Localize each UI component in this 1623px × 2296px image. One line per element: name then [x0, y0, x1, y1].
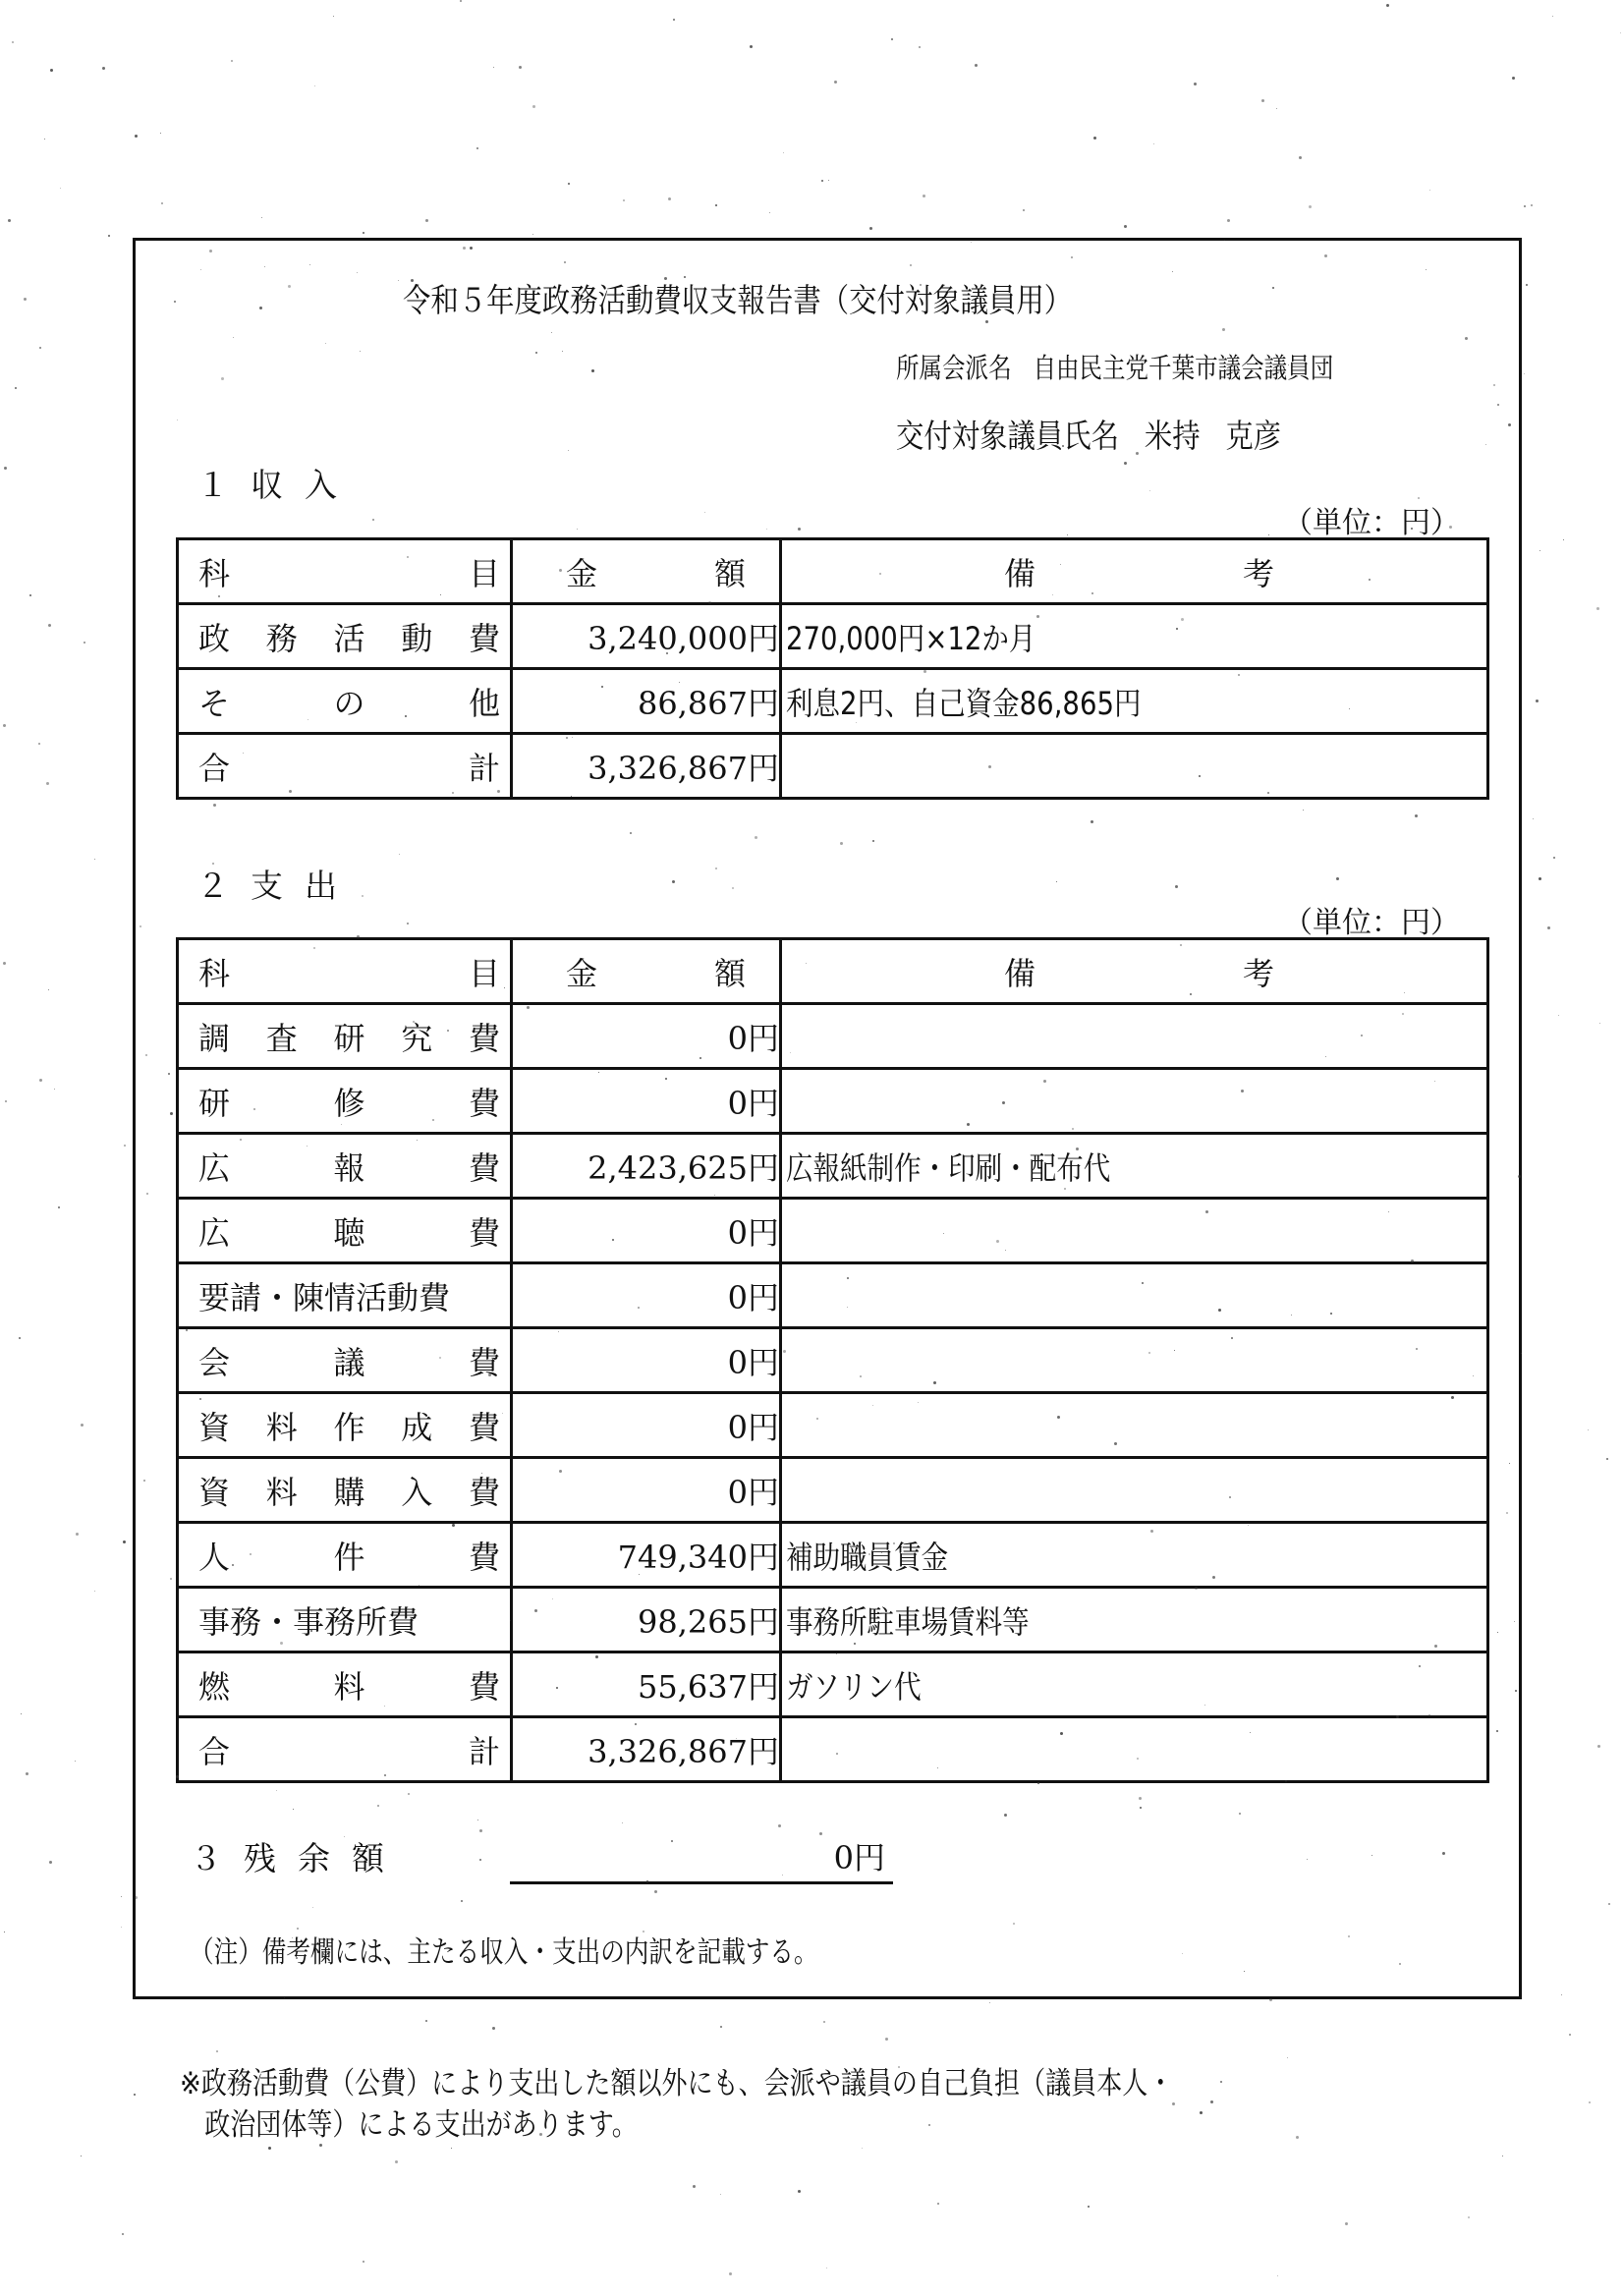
scan-noise	[1172, 271, 1173, 272]
category-char: 購	[333, 1468, 364, 1513]
scan-noise	[413, 1021, 415, 1023]
scan-noise	[479, 1859, 481, 1861]
scan-noise	[535, 352, 537, 354]
scan-noise	[1599, 1023, 1600, 1024]
scan-noise	[1468, 2216, 1470, 2218]
scan-noise	[790, 1052, 791, 1053]
header-char: 額	[714, 549, 746, 594]
scan-noise	[679, 682, 680, 683]
scan-noise	[823, 2021, 825, 2023]
header-amount: 金額	[512, 539, 781, 604]
scan-noise	[54, 1089, 55, 1090]
scan-noise	[1124, 225, 1127, 228]
category-char: 計	[469, 1727, 500, 1772]
scan-noise	[704, 512, 705, 513]
expenditure-row: 燃料費55,637円ガソリン代	[178, 1652, 1488, 1717]
scan-noise	[1276, 108, 1277, 109]
category-char: 件	[333, 1533, 364, 1578]
scan-noise	[209, 250, 212, 252]
scan-noise	[1309, 205, 1312, 208]
header-char: 金	[566, 949, 597, 994]
header-char: 科	[198, 949, 230, 994]
remarks-cell	[781, 1328, 1488, 1393]
scan-noise	[1497, 404, 1499, 406]
scan-noise	[1404, 992, 1405, 993]
currency-suffix: 円	[748, 685, 779, 722]
scan-noise	[1244, 1971, 1245, 1972]
remarks-cell	[781, 1263, 1488, 1328]
scan-noise	[943, 1233, 944, 1234]
header-amount-text: 金額	[519, 549, 773, 594]
category-label: 資料購入費	[185, 1468, 504, 1513]
scan-noise	[313, 947, 315, 949]
remarks-cell: 利息2円、自己資金86,865円	[781, 669, 1488, 734]
faction-label: 所属会派名	[896, 352, 1012, 384]
scan-noise	[918, 1402, 919, 1403]
scan-noise	[1569, 2034, 1571, 2036]
scan-noise	[440, 594, 441, 595]
category-char: 報	[333, 1144, 364, 1189]
scan-noise	[1553, 857, 1555, 859]
scan-noise	[1325, 1056, 1326, 1057]
amount-value: 0	[728, 1279, 748, 1316]
scan-noise	[643, 1931, 644, 1932]
scan-noise	[558, 1331, 559, 1332]
remarks-cell: 事務所駐車場賃料等	[781, 1588, 1488, 1652]
scan-noise	[21, 1713, 22, 1714]
income-heading: １収入	[196, 460, 359, 506]
scan-noise	[143, 1480, 145, 1482]
scan-noise	[1093, 137, 1096, 140]
scan-noise	[1224, 240, 1225, 241]
scan-noise	[1013, 1923, 1015, 1925]
category-label: 要請・陳情活動費	[185, 1273, 504, 1318]
scan-noise	[405, 715, 407, 717]
scan-noise	[1426, 269, 1427, 270]
scan-noise	[108, 235, 110, 237]
scan-noise	[1416, 1348, 1418, 1350]
member-label: 交付対象議員氏名	[896, 417, 1119, 455]
scan-noise	[1076, 1148, 1079, 1150]
amount-value: 3,240,000	[588, 620, 748, 657]
scan-noise	[333, 16, 334, 17]
scan-noise	[186, 1329, 188, 1331]
remarks-text: 補助職員賃金	[786, 1533, 948, 1578]
scan-noise	[840, 842, 843, 845]
scan-noise	[452, 792, 454, 794]
scan-noise	[1521, 1353, 1522, 1354]
category-char: 費	[469, 1662, 500, 1708]
scan-noise	[1449, 526, 1452, 529]
scan-noise	[1261, 99, 1264, 102]
scan-noise	[1434, 1645, 1437, 1648]
scan-noise	[1303, 810, 1304, 811]
balance-amount: 0円	[510, 1833, 893, 1884]
expenditure-row: 要請・陳情活動費0円	[178, 1263, 1488, 1328]
category-char: 研	[333, 1014, 364, 1059]
scan-noise	[856, 722, 857, 723]
scan-noise	[75, 1761, 76, 1762]
scan-noise	[1124, 462, 1127, 465]
scan-noise	[1227, 219, 1230, 222]
scan-noise	[996, 1240, 999, 1243]
scan-noise	[161, 202, 163, 204]
balance-heading-label: 残余額	[244, 1839, 406, 1877]
scan-noise	[470, 247, 473, 250]
scan-noise	[1060, 1732, 1063, 1735]
scan-noise	[407, 556, 409, 558]
scan-noise	[12, 41, 14, 43]
scan-noise	[176, 1775, 179, 1778]
scan-noise	[532, 234, 533, 235]
header-char: 目	[469, 549, 500, 594]
scan-noise	[1524, 373, 1525, 374]
scan-noise	[1296, 2136, 1299, 2139]
expenditure-heading: ２支出	[196, 861, 359, 907]
report-title: 令和５年度政務活動費収支報告書（交付対象議員用）	[403, 275, 1072, 321]
header-char: 備	[1004, 549, 1035, 594]
expenditure-unit-label: （単位：円）	[1283, 898, 1460, 941]
amount-cell: 0円	[512, 1393, 781, 1458]
scan-noise	[476, 147, 478, 149]
scan-noise	[419, 1585, 420, 1586]
scan-noise	[15, 387, 17, 389]
scan-noise	[461, 1900, 463, 1902]
scan-noise	[146, 1193, 148, 1195]
scan-noise	[310, 1630, 312, 1632]
amount-cell: 749,340円	[512, 1523, 781, 1588]
category-char: 政	[198, 614, 230, 659]
scan-noise	[635, 1723, 637, 1725]
scan-noise	[271, 633, 272, 634]
scan-noise	[1182, 1953, 1183, 1954]
scan-noise	[259, 307, 262, 309]
expenditure-row: 事務・事務所費98,265円事務所駐車場賃料等	[178, 1588, 1488, 1652]
scan-noise	[81, 2156, 82, 2156]
scan-noise	[989, 2002, 990, 2003]
scan-noise	[29, 594, 31, 596]
amount-value: 98,265	[638, 1603, 748, 1641]
category-char: 料	[266, 1403, 298, 1448]
scan-noise	[251, 1623, 252, 1624]
scan-noise	[1324, 254, 1327, 257]
disclaimer-line-2: 政治団体等）による支出があります。	[180, 2104, 1173, 2146]
scan-noise	[1402, 1013, 1404, 1015]
scan-noise	[798, 528, 801, 531]
scan-noise	[1222, 328, 1225, 331]
category-char: 計	[469, 744, 500, 789]
header-category: 科目	[178, 539, 512, 604]
scan-noise	[891, 38, 893, 40]
header-category-text: 科目	[185, 949, 504, 994]
scan-noise	[1199, 775, 1201, 777]
scan-noise	[1072, 1128, 1074, 1130]
scan-noise	[919, 46, 921, 48]
scan-noise	[714, 1195, 715, 1196]
scan-noise	[1526, 284, 1528, 286]
expenditure-row: 研修費0円	[178, 1069, 1488, 1134]
scan-noise	[231, 60, 233, 62]
scan-noise	[341, 1124, 342, 1125]
scan-noise	[933, 1381, 936, 1384]
remarks-cell: 270,000円×12か月	[781, 604, 1488, 669]
scan-noise	[715, 204, 717, 206]
scan-noise	[1419, 1665, 1421, 1667]
scan-noise	[1589, 2101, 1591, 2103]
scan-noise	[923, 195, 925, 197]
amount-cell: 2,423,625円	[512, 1134, 781, 1199]
scan-noise	[1210, 2100, 1213, 2103]
scan-noise	[297, 1928, 299, 1930]
amount-cell: 0円	[512, 1328, 781, 1393]
scan-noise	[1561, 1994, 1562, 1995]
amount-value: 0	[728, 1409, 748, 1446]
scan-noise	[577, 529, 578, 530]
scan-noise	[8, 219, 11, 222]
category-char: 人	[198, 1533, 230, 1578]
category-char: 作	[333, 1403, 364, 1448]
scan-noise	[1415, 814, 1418, 817]
scan-noise	[1052, 594, 1053, 595]
remarks-text: 270,000円×12か月	[786, 614, 1035, 659]
scan-noise	[806, 963, 807, 964]
scan-noise	[1442, 1852, 1445, 1855]
scan-noise	[769, 212, 770, 213]
scan-noise	[828, 180, 829, 181]
remarks-text: 事務所駐車場賃料等	[786, 1597, 1030, 1643]
scan-noise	[534, 1609, 537, 1612]
scan-noise	[174, 301, 176, 303]
scan-noise	[868, 1553, 870, 1555]
scan-noise	[1148, 1352, 1150, 1354]
scan-noise	[783, 1350, 786, 1353]
scan-noise	[1533, 818, 1534, 819]
scan-noise	[766, 529, 767, 530]
scan-noise	[668, 197, 671, 200]
income-heading-number: １	[196, 466, 251, 504]
scan-noise	[1176, 628, 1178, 630]
scan-noise	[872, 1405, 873, 1406]
category-char: 資	[198, 1468, 230, 1513]
scan-noise	[325, 343, 326, 344]
scan-noise	[1174, 1350, 1175, 1351]
category-label: 合計	[185, 744, 504, 789]
scan-noise	[1291, 1315, 1292, 1316]
balance-heading: ３残余額	[190, 1833, 406, 1879]
scan-noise	[170, 1112, 173, 1115]
scan-noise	[627, 2080, 628, 2081]
amount-value: 0	[728, 1344, 748, 1381]
amount-value: 2,423,625	[588, 1149, 748, 1187]
balance-currency: 円	[854, 1839, 885, 1876]
category-char: 会	[198, 1338, 230, 1383]
scan-noise	[1248, 1525, 1249, 1526]
scan-noise	[48, 624, 51, 627]
scan-noise	[425, 219, 428, 222]
scan-noise	[622, 1822, 623, 1823]
scan-noise	[510, 1620, 511, 1621]
category-char: 費	[469, 1468, 500, 1513]
scan-noise	[39, 1079, 42, 1082]
scan-noise	[384, 1706, 385, 1707]
scan-noise	[492, 2027, 495, 2030]
scan-noise	[407, 923, 409, 924]
member-line: 交付対象議員氏名米持克彦	[896, 411, 1281, 457]
scan-noise	[1336, 877, 1339, 880]
scan-noise	[123, 1540, 126, 1543]
scan-noise	[1114, 1442, 1117, 1445]
category-char: 入	[401, 1468, 432, 1513]
scan-noise	[1531, 204, 1533, 206]
scan-noise	[362, 895, 364, 897]
scan-noise	[1064, 1188, 1066, 1190]
scan-noise	[654, 1890, 657, 1893]
scan-noise	[1399, 1963, 1401, 1965]
scan-noise	[94, 1591, 95, 1592]
scan-noise	[479, 1829, 482, 1832]
amount-value: 749,340	[618, 1539, 748, 1576]
remarks-cell	[781, 1393, 1488, 1458]
scan-noise	[1434, 1081, 1435, 1082]
scan-noise	[177, 420, 178, 420]
currency-suffix: 円	[748, 1409, 779, 1446]
currency-suffix: 円	[748, 1603, 779, 1641]
scan-noise	[1140, 1807, 1142, 1809]
scan-noise	[1418, 497, 1420, 499]
scan-noise	[76, 1533, 79, 1536]
scan-noise	[1136, 452, 1139, 455]
scan-noise	[1524, 205, 1526, 207]
scan-noise	[671, 1840, 673, 1842]
income-header-row: 科目金額備考	[178, 539, 1488, 604]
category-cell: 合計	[178, 734, 512, 799]
scan-noise	[357, 935, 360, 938]
faction-name: 自由民主党千葉市議会議員団	[1033, 352, 1333, 384]
scan-noise	[1212, 1576, 1215, 1579]
category-cell: 人件費	[178, 1523, 512, 1588]
amount-value: 3,326,867	[588, 750, 748, 787]
header-char: 額	[714, 949, 746, 994]
scan-noise	[170, 1578, 172, 1580]
scan-noise	[1231, 1337, 1233, 1339]
category-label: 会議費	[185, 1338, 504, 1383]
amount-cell: 0円	[512, 1458, 781, 1523]
header-amount: 金額	[512, 939, 781, 1004]
scan-noise	[49, 1861, 52, 1864]
scan-noise	[782, 1875, 783, 1876]
scan-noise	[284, 1997, 285, 1998]
scan-noise	[363, 1034, 364, 1035]
currency-suffix: 円	[748, 1085, 779, 1122]
scan-noise	[1396, 1715, 1399, 1718]
scan-noise	[439, 1357, 441, 1359]
scan-noise	[1268, 534, 1269, 535]
expenditure-header-row: 科目金額備考	[178, 939, 1488, 1004]
scan-noise	[233, 337, 234, 338]
category-cell: 燃料費	[178, 1652, 512, 1717]
category-char: 費	[469, 1014, 500, 1059]
scan-noise	[377, 1805, 379, 1807]
scan-noise	[39, 347, 41, 349]
scan-noise	[1512, 77, 1515, 80]
amount-cell: 0円	[512, 1004, 781, 1069]
header-remarks: 備考	[781, 539, 1488, 604]
scan-noise	[571, 796, 572, 797]
scan-noise	[1091, 820, 1093, 823]
expenditure-row: 資料購入費0円	[178, 1458, 1488, 1523]
scan-noise	[928, 2124, 930, 2126]
scan-noise	[319, 2144, 322, 2147]
scan-noise	[308, 719, 308, 720]
scan-noise	[1536, 700, 1539, 702]
scan-noise	[750, 45, 753, 48]
category-char: 燃	[198, 1662, 230, 1708]
category-label: 広聴費	[185, 1208, 504, 1254]
scan-noise	[50, 69, 53, 72]
scan-noise	[872, 840, 874, 842]
header-char: 考	[1243, 549, 1274, 594]
public-funds-disclaimer: ※政務活動費（公費）により支出した額以外にも、会派や議員の自己負担（議員本人・ …	[180, 2063, 1173, 2146]
scan-noise	[232, 1564, 234, 1566]
scan-noise	[1005, 1250, 1006, 1251]
scan-noise	[1180, 944, 1182, 946]
scan-noise	[1002, 1101, 1005, 1104]
scan-noise	[1285, 1780, 1287, 1782]
scan-noise	[200, 636, 202, 638]
scan-noise	[1429, 190, 1430, 191]
amount-value: 0	[728, 1085, 748, 1122]
scan-noise	[1139, 1797, 1142, 1800]
scan-noise	[243, 753, 244, 754]
expenditure-row: 広報費2,423,625円広報紙制作・印刷・配布代	[178, 1134, 1488, 1199]
scan-noise	[1509, 1463, 1510, 1464]
scan-noise	[237, 2089, 239, 2091]
category-char: 聴	[333, 1208, 364, 1254]
scan-noise	[4, 467, 7, 470]
scan-noise	[417, 1140, 418, 1141]
scan-noise	[910, 264, 912, 266]
scan-noise	[729, 2272, 732, 2275]
scan-noise	[24, 298, 27, 301]
scan-noise	[630, 832, 632, 834]
scan-noise	[199, 1398, 201, 1400]
category-cell: 事務・事務所費	[178, 1588, 512, 1652]
category-label: 人件費	[185, 1533, 504, 1578]
scan-noise	[502, 1413, 503, 1414]
remarks-cell: 補助職員賃金	[781, 1523, 1488, 1588]
scan-noise	[869, 227, 872, 230]
scan-noise	[1288, 364, 1289, 365]
scan-noise	[672, 880, 675, 883]
scan-noise	[898, 2066, 900, 2068]
scan-noise	[1172, 2102, 1175, 2105]
scan-noise	[425, 2020, 427, 2022]
scan-noise	[5, 1100, 7, 1102]
scan-noise	[372, 519, 374, 521]
scan-noise	[1588, 1429, 1589, 1430]
scan-noise	[240, 1139, 242, 1141]
scan-noise	[102, 67, 105, 70]
category-char: 査	[266, 1014, 298, 1059]
scan-noise	[732, 887, 734, 889]
category-char: 資	[198, 1403, 230, 1448]
scan-noise	[1023, 209, 1025, 211]
scan-noise	[1062, 445, 1064, 447]
scan-noise	[551, 332, 552, 333]
amount-cell: 0円	[512, 1069, 781, 1134]
scan-noise	[988, 765, 991, 768]
scan-noise	[1272, 287, 1274, 289]
